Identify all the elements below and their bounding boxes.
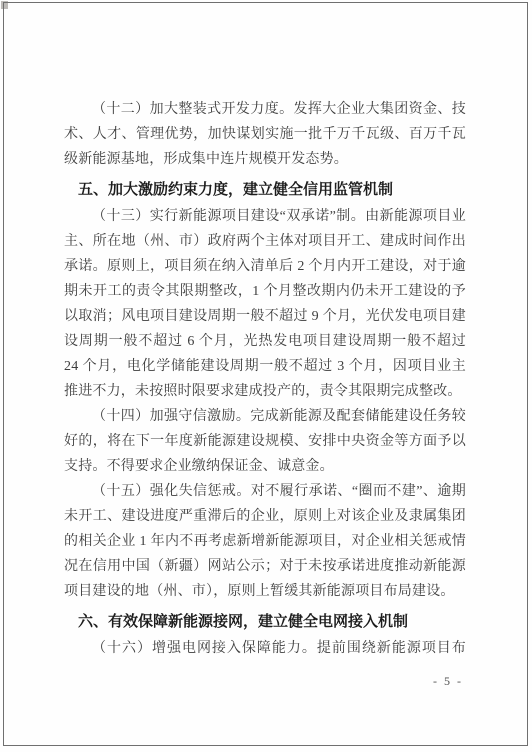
text-line: 24 个月，电化学储能建设周期一般不超过 3 个月，因项目业主 — [64, 354, 466, 379]
text-line: 级新能源基地，形成集中连片规模开发态势。 — [64, 147, 466, 172]
text-line: 主、所在地（州、市）政府两个主体对项目开工、建成时间作出 — [64, 229, 466, 254]
text-line: 设周期一般不超过 6 个月，光热发电项目建设周期一般不超过 — [64, 329, 466, 354]
document-page: { "document": { "page_number": "- 5 -", … — [0, 0, 532, 752]
text-line: 未开工、建设进度严重滞后的企业，原则上对该企业及隶属集团 — [64, 504, 466, 529]
text-line: 期未开工的责令其限期整改，1 个月整改期内仍未开工建设的予 — [64, 279, 466, 304]
text-line: 推进不力，未按照时限要求建成投产的，责令其限期完成整改。 — [64, 379, 466, 404]
section-heading: 五、加大激励约束力度，建立健全信用监管机制 — [64, 177, 466, 202]
text-line: （十五）强化失信惩戒。对不履行承诺、“圈而不建”、逾期 — [64, 479, 466, 504]
text-line: 承诺。原则上，项目须在纳入清单后 2 个月内开工建设，对于逾 — [64, 254, 466, 279]
text-line: 项目建设的地（州、市），原则上暂缓其新能源项目布局建设。 — [64, 579, 466, 604]
scan-corner-artifact — [1, 1, 8, 9]
text-line: 好的，将在下一年度新能源建设规模、安排中央资金等方面予以 — [64, 429, 466, 454]
text-line: 以取消；风电项目建设周期一般不超过 9 个月，光伏发电项目建 — [64, 304, 466, 329]
text-line: 的相关企业 1 年内不再考虑新增新能源项目，对企业相关惩戒情 — [64, 529, 466, 554]
text-line: （十二）加大整装式开发力度。发挥大企业大集团资金、技 — [64, 97, 466, 122]
section-heading: 六、有效保障新能源接网，建立健全电网接入机制 — [64, 609, 466, 634]
text-line: （十六）增强电网接入保障能力。提前围绕新能源项目布局， — [64, 636, 466, 661]
text-line: （十三）实行新能源项目建设“双承诺”制。由新能源项目业 — [64, 204, 466, 229]
text-line: 况在信用中国（新疆）网站公示；对于未按承诺进度推动新能源 — [64, 554, 466, 579]
text-line: （十四）加强守信激励。完成新能源及配套储能建设任务较 — [64, 404, 466, 429]
text-line: 术、人才、管理优势，加快谋划实施一批千万千瓦级、百万千瓦 — [64, 122, 466, 147]
document-body: （十二）加大整装式开发力度。发挥大企业大集团资金、技术、人才、管理优势，加快谋划… — [64, 97, 466, 661]
page-number: - 5 - — [403, 674, 493, 689]
text-line: 支持。不得要求企业缴纳保证金、诚意金。 — [64, 454, 466, 479]
